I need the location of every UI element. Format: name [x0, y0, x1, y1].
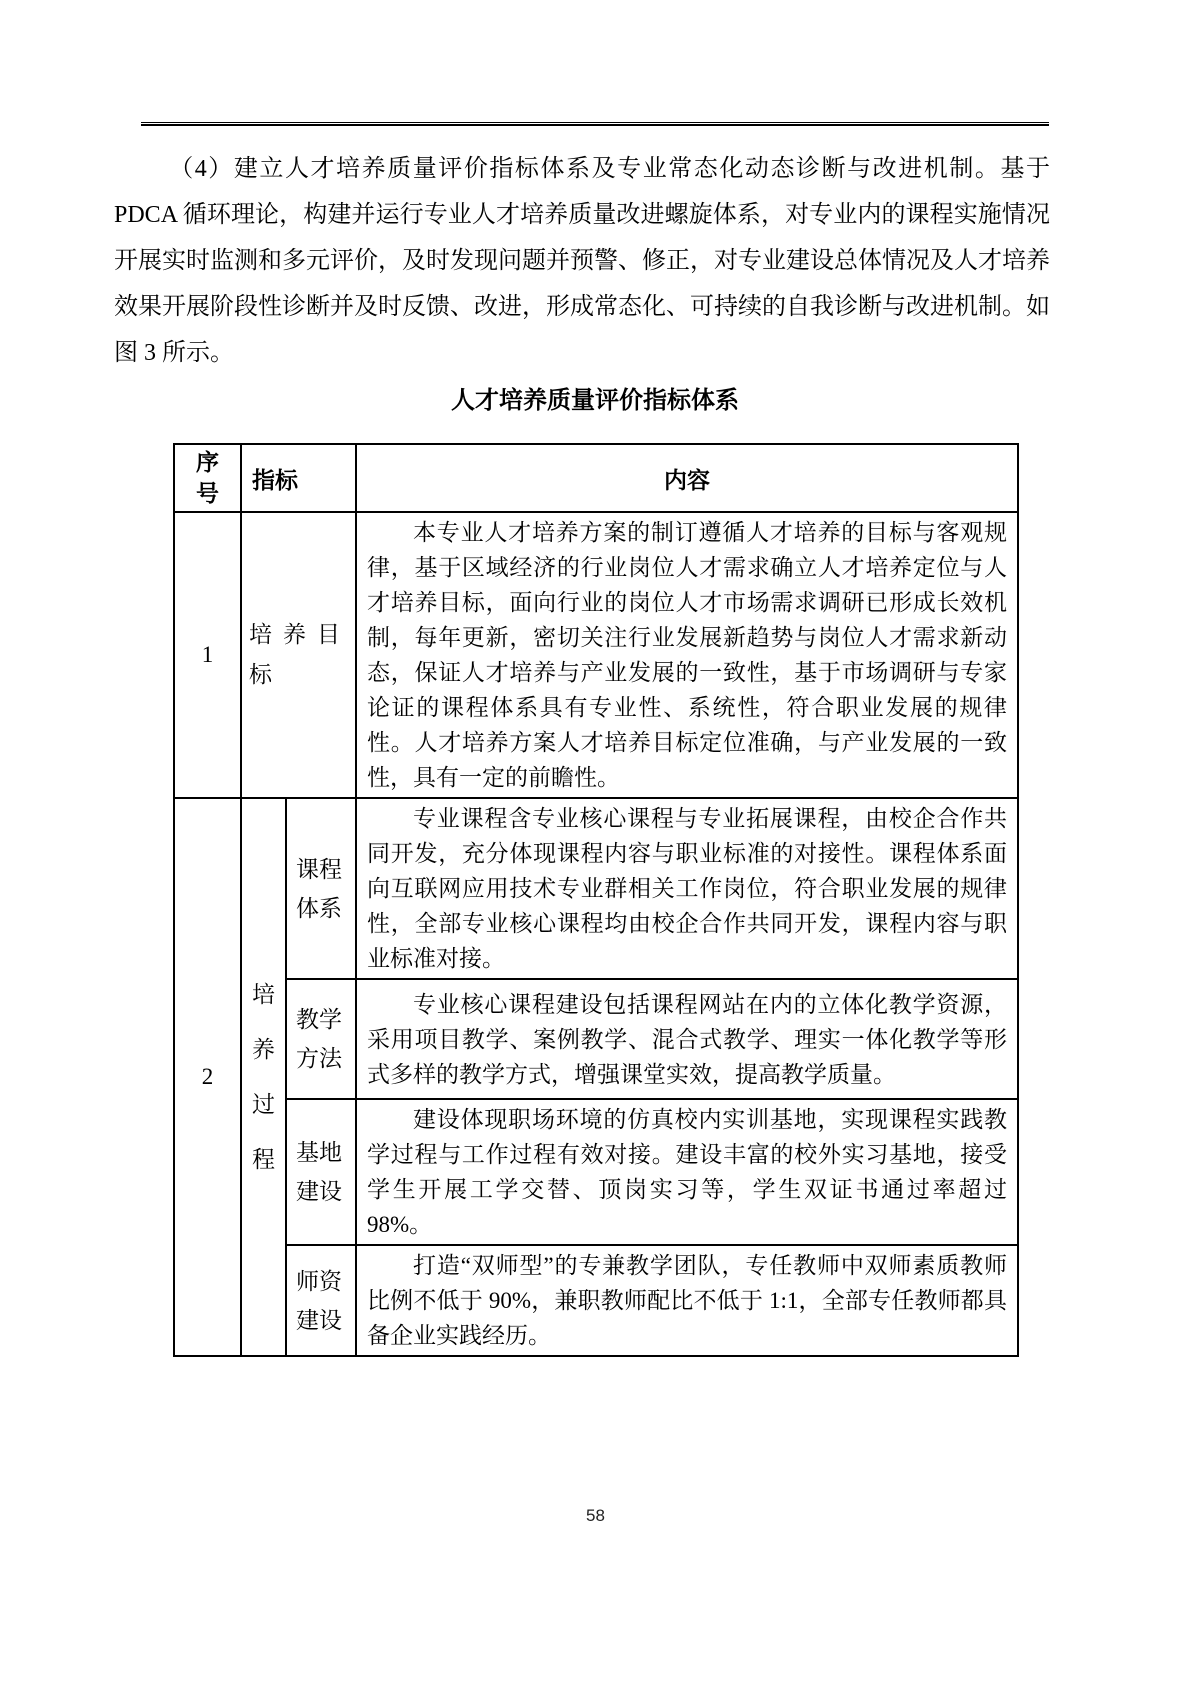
table-row: 1 培养目标 本专业人才培养方案的制订遵循人才培养的目标与客观规律，基于区域经济… [174, 512, 1018, 798]
row1-content: 本专业人才培养方案的制订遵循人才培养的目标与客观规律，基于区域经济的行业岗位人才… [356, 512, 1018, 798]
table-row: 2 培养过程 课程体系 专业课程含专业核心课程与专业拓展课程，由校企合作共同开发… [174, 798, 1018, 979]
subrow-label-base-construction: 基地建设 [286, 1099, 356, 1245]
page-number: 58 [0, 1506, 1191, 1526]
row2-indicator: 培养过程 [241, 798, 286, 1356]
subrow-label-teaching-method: 教学方法 [286, 979, 356, 1099]
subrow-content-teaching-method: 专业核心课程建设包括课程网站在内的立体化教学资源，采用项目教学、案例教学、混合式… [356, 979, 1018, 1099]
table-title: 人才培养质量评价指标体系 [173, 384, 1017, 418]
subrow-content-curriculum: 专业课程含专业核心课程与专业拓展课程，由校企合作共同开发，充分体现课程内容与职业… [356, 798, 1018, 979]
row2-no: 2 [174, 798, 241, 1356]
table-row: 师资建设 打造“双师型”的专兼教学团队，专任教师中双师素质教师比例不低于 90%… [174, 1245, 1018, 1356]
evaluation-table: 序号 指标 内容 1 培养目标 本专业人才培养方案的制订遵循人才培养的目标与客观… [173, 443, 1019, 1357]
subrow-content-base-construction: 建设体现职场环境的仿真校内实训基地，实现课程实践教学过程与工作过程有效对接。建设… [356, 1099, 1018, 1245]
header-cell-no: 序号 [174, 444, 241, 512]
row1-no: 1 [174, 512, 241, 798]
table-row: 教学方法 专业核心课程建设包括课程网站在内的立体化教学资源，采用项目教学、案例教… [174, 979, 1018, 1099]
subrow-content-faculty-construction: 打造“双师型”的专兼教学团队，专任教师中双师素质教师比例不低于 90%，兼职教师… [356, 1245, 1018, 1356]
page-content: （4）建立人才培养质量评价指标体系及专业常态化动态诊断与改进机制。基于 PDCA… [114, 126, 1050, 1357]
header-cell-content: 内容 [356, 444, 1018, 512]
table-header-row: 序号 指标 内容 [174, 444, 1018, 512]
intro-paragraph: （4）建立人才培养质量评价指标体系及专业常态化动态诊断与改进机制。基于 PDCA… [114, 146, 1050, 376]
header-cell-indicator: 指标 [241, 444, 356, 512]
row1-indicator: 培养目标 [241, 512, 356, 798]
subrow-label-faculty-construction: 师资建设 [286, 1245, 356, 1356]
table-row: 基地建设 建设体现职场环境的仿真校内实训基地，实现课程实践教学过程与工作过程有效… [174, 1099, 1018, 1245]
subrow-label-curriculum: 课程体系 [286, 798, 356, 979]
document-page: （4）建立人才培养质量评价指标体系及专业常态化动态诊断与改进机制。基于 PDCA… [0, 0, 1191, 1684]
